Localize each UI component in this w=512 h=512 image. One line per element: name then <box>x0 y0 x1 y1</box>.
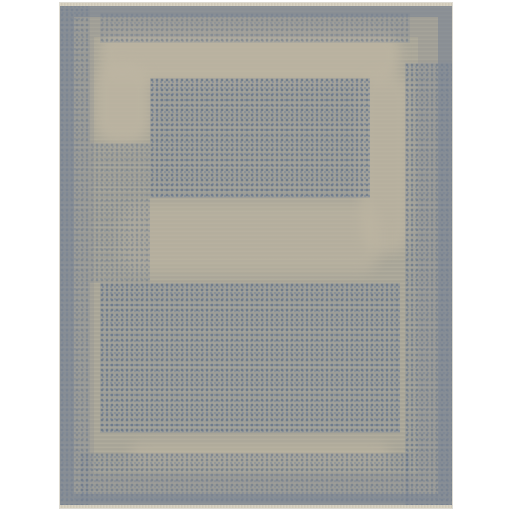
rug-border <box>60 3 452 508</box>
rug <box>60 3 452 508</box>
fringe-bottom <box>60 505 452 508</box>
fringe-top <box>60 3 452 6</box>
